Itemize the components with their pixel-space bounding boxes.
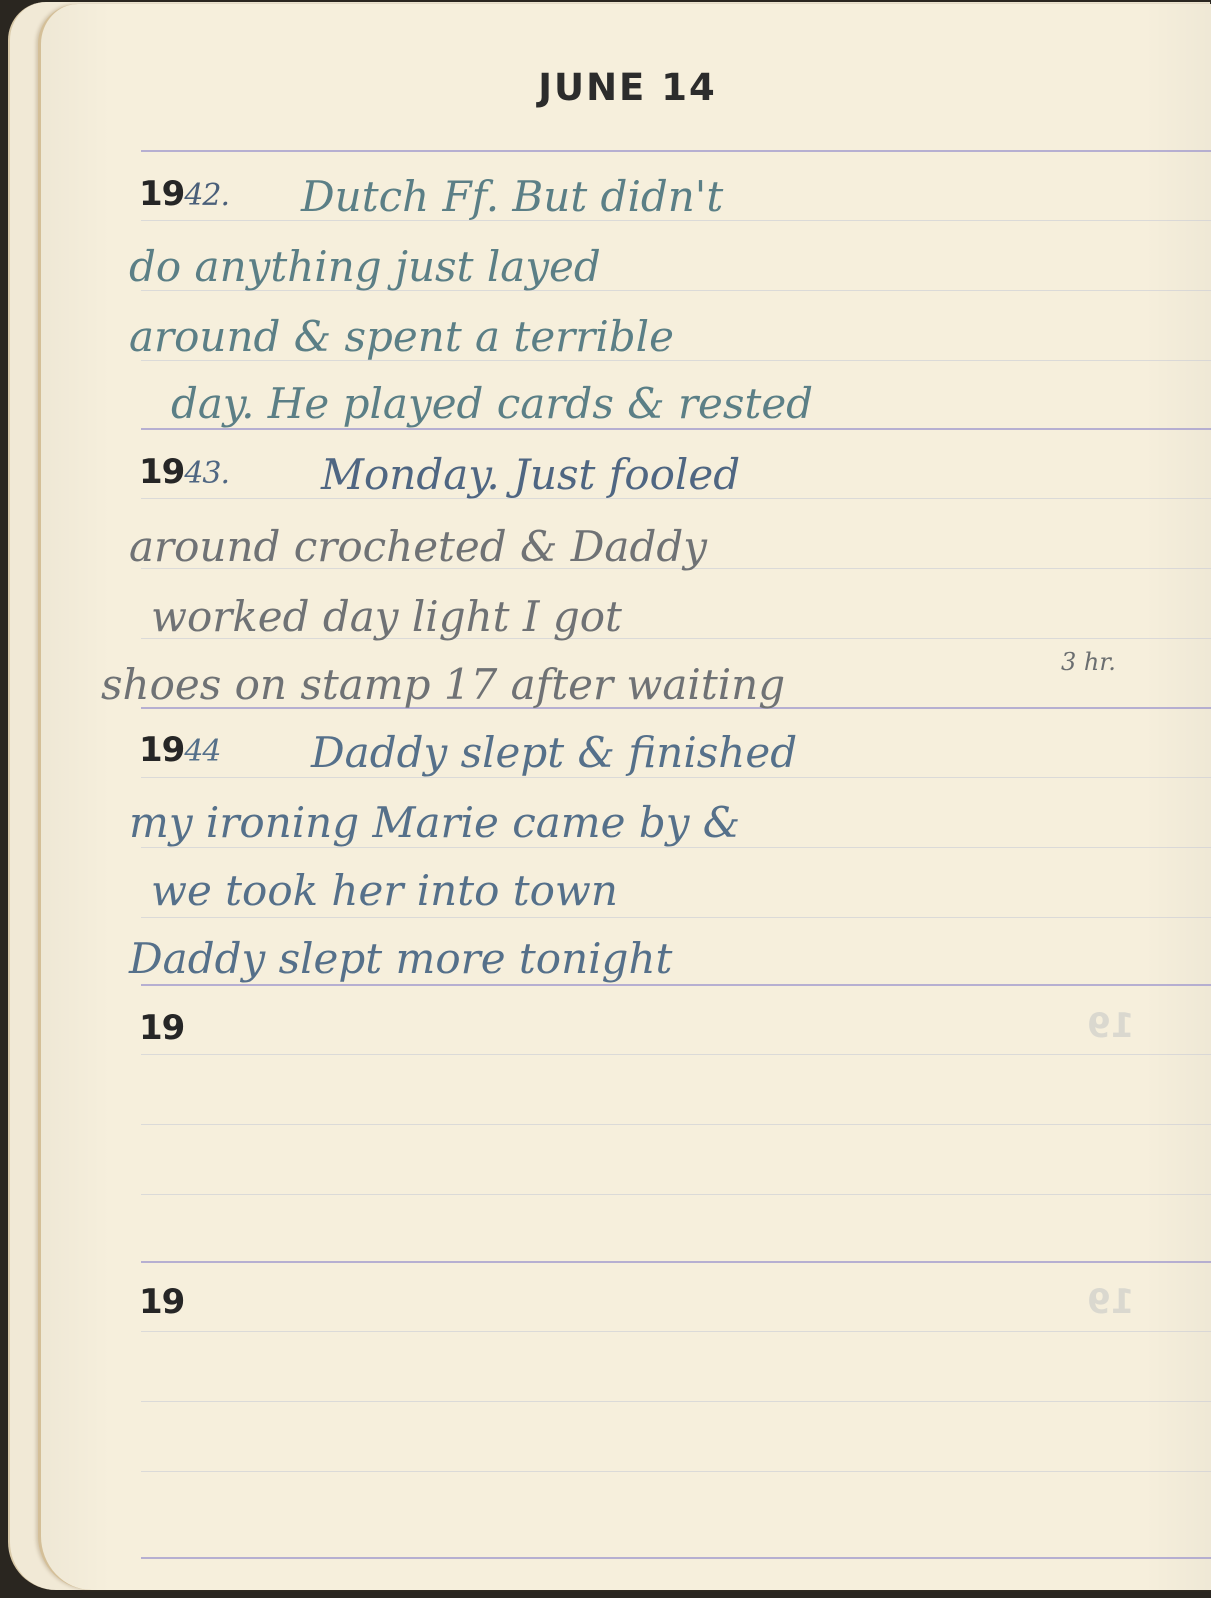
entry-line: Daddy slept more tonight	[129, 924, 1119, 994]
entry-line: my ironing Marie came by &	[129, 788, 1119, 858]
bleed-through-year-label: 19	[1087, 1006, 1134, 1046]
section-divider	[141, 1557, 1211, 1559]
handwritten-year: 42.	[184, 178, 229, 213]
ruled-line	[141, 1194, 1211, 1195]
ruled-line	[141, 1054, 1211, 1055]
date-header: JUNE 14	[41, 66, 1211, 109]
ruled-line	[141, 1331, 1211, 1332]
entry-line: day. He played cards & rested	[171, 369, 1161, 439]
year-label: 19	[139, 1008, 184, 1048]
handwritten-year: 43.	[184, 456, 229, 491]
entry-line: shoes on stamp 17 after waiting	[101, 650, 1091, 720]
year-label: 1942.	[139, 174, 229, 214]
margin-annotation: 3 hr.	[1061, 648, 1116, 676]
diary-page: JUNE 14 19 19 1942. Dutch Ff. But didn't…	[38, 4, 1211, 1590]
entry-line: Monday. Just fooled	[321, 440, 1211, 510]
bleed-through-year-label: 19	[1087, 1282, 1134, 1322]
ruled-line	[141, 1124, 1211, 1125]
entry-line: Daddy slept & finished	[311, 718, 1211, 788]
entry-line: worked day light I got	[151, 582, 1141, 652]
section-divider	[141, 1261, 1211, 1263]
year-label: 1944	[139, 730, 221, 770]
entry-line: we took her into town	[151, 856, 1141, 926]
year-label: 1943.	[139, 452, 229, 492]
ruled-line	[141, 1401, 1211, 1402]
section-divider	[141, 150, 1211, 152]
year-label: 19	[139, 1282, 184, 1322]
handwritten-year: 44	[184, 734, 220, 769]
entry-line: Dutch Ff. But didn't	[301, 162, 1211, 232]
ruled-line	[141, 1471, 1211, 1472]
entry-line: around & spent a terrible	[129, 302, 1119, 372]
entry-line: do anything just layed	[129, 232, 1119, 302]
entry-line: around crocheted & Daddy	[129, 512, 1119, 582]
